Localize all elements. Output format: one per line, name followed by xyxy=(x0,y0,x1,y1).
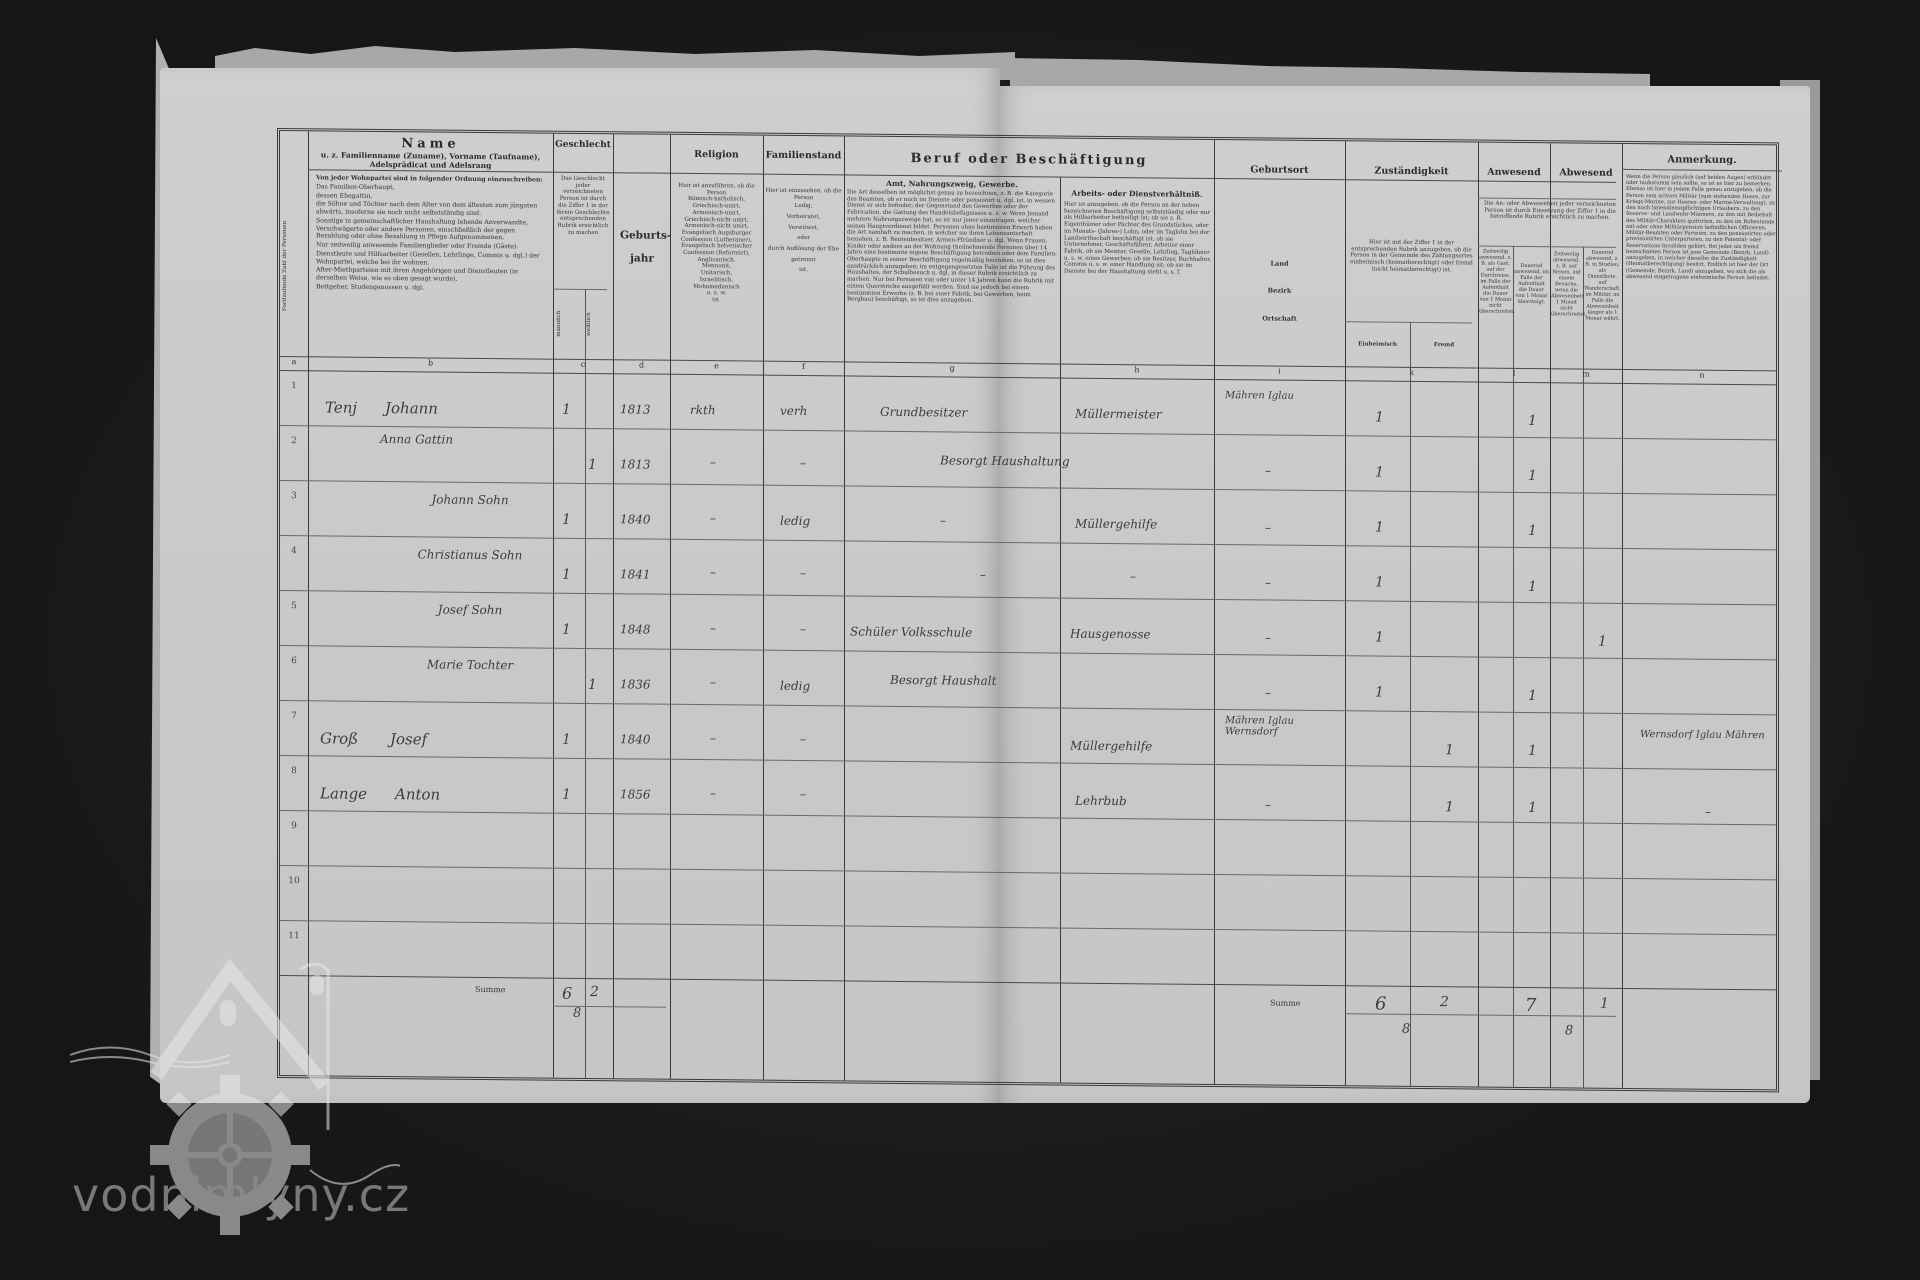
col-e-opt: Evangelisch helvetischer Confession (Ref… xyxy=(672,243,761,257)
col-i-subfields: Land Bezirk Ortschaft xyxy=(1214,250,1345,333)
col-e-title: Religion xyxy=(670,149,763,162)
col-k-native: Einheimisch xyxy=(1345,341,1410,348)
col-f-opt: Verwitwet, xyxy=(765,222,842,233)
row-number: 5 xyxy=(284,601,304,611)
entry-occupation: Besorgt Haushalt xyxy=(890,673,996,688)
entry-surname: Groß xyxy=(320,729,358,747)
col-divider-f xyxy=(844,136,845,1080)
total-absent-temporary: 1 xyxy=(1600,996,1609,1012)
presence-note-divider xyxy=(1478,246,1616,248)
entry-present-permanent: 1 xyxy=(1528,579,1537,595)
entry-present-permanent: 1 xyxy=(1528,743,1537,759)
entry-marital-status: ledig xyxy=(780,679,810,693)
col-m-letter: m xyxy=(1550,369,1622,379)
col-f-letter: f xyxy=(763,362,844,372)
entry-birth-year: 1840 xyxy=(620,512,651,526)
col-l-temp: Zeitweilig anwesend, z. B. als Gast, auf… xyxy=(1479,249,1512,315)
sex-sub-divider xyxy=(553,289,607,291)
total-presence-sum: 8 xyxy=(1565,1023,1573,1038)
col-b-instr-item: Bettgeher, Studengenossen u. dgl. xyxy=(316,283,545,293)
entry-present-permanent: 1 xyxy=(1528,523,1537,539)
col-f-title: Familienstand xyxy=(763,150,844,163)
entry-female: 1 xyxy=(588,677,597,693)
watermark-text: vodnimlyny.cz xyxy=(72,1168,410,1222)
entry-marital-status: – xyxy=(800,732,806,746)
entry-note: – xyxy=(1705,805,1711,819)
row-number: 7 xyxy=(284,711,304,721)
entry-religion: – xyxy=(710,786,716,800)
col-n-title: Anmerkung. xyxy=(1622,154,1782,171)
row-divider xyxy=(280,700,1776,715)
col-i-land: Land xyxy=(1214,250,1345,279)
entry-occupation: Schüler Volksschule xyxy=(850,625,972,640)
entry-marital-status: – xyxy=(800,787,806,801)
row-number: 8 xyxy=(284,766,304,776)
entry-marital-status: – xyxy=(800,622,806,636)
entry-given-name: Johann Sohn xyxy=(400,492,540,507)
entry-male: 1 xyxy=(562,787,571,803)
entry-birth-year: 1836 xyxy=(620,677,651,691)
row-number: 6 xyxy=(284,656,304,666)
entry-marital-status: – xyxy=(800,566,806,580)
col-f-content: Hier ist einzusehen, ob die Person Ledig… xyxy=(765,188,842,277)
col-f-opt: getrennt xyxy=(765,254,842,265)
col-b-instr-item: die Söhne und Töchter nach dem Alter von… xyxy=(316,201,545,219)
entry-birthplace: – xyxy=(1265,797,1271,811)
col-g-title: Beruf oder Beschäftigung xyxy=(844,150,1214,169)
col-h-letter: h xyxy=(1060,365,1214,375)
col-f-opt: Verheiratet, xyxy=(765,212,842,223)
col-c-title: Geschlecht xyxy=(553,140,613,152)
entry-religion: – xyxy=(710,675,716,689)
col-i-ortschaft: Ortschaft xyxy=(1214,305,1345,334)
row-number: 3 xyxy=(284,491,304,501)
col-divider-b xyxy=(553,134,554,1078)
col-divider-m xyxy=(1622,144,1623,1088)
totals-label-right: Summe xyxy=(1270,999,1301,1009)
entry-birth-year: 1841 xyxy=(620,567,651,581)
col-b-instructions: Von jeder Wohnpartei sind in folgender O… xyxy=(308,173,553,294)
entry-employment-relation: Hausgenosse xyxy=(1070,627,1151,642)
total-sex-sum: 8 xyxy=(573,1006,581,1021)
entry-present-permanent: 1 xyxy=(1528,688,1537,704)
entry-birthplace: – xyxy=(1265,630,1271,644)
census-form: Fortlaufende Zahl der Personen a Name u.… xyxy=(277,128,1779,1092)
row-number: 10 xyxy=(284,876,304,886)
col-e-intro: Hier ist anzuführen, ob die Person xyxy=(672,183,761,197)
col-g-subtitle: Amt, Nahrungszweig, Gewerbe. xyxy=(846,178,1058,189)
entry-birth-year: 1813 xyxy=(620,402,651,416)
col-c-note: Das Geschlecht jeder verzeichneten Perso… xyxy=(555,176,611,237)
row-divider xyxy=(280,920,1776,935)
entry-native: 1 xyxy=(1375,465,1384,481)
col-g-instructions: Die Art desselben ist möglichst genau zu… xyxy=(847,189,1057,305)
col-n-instructions: Wenn die Person gänzlich (auf beiden Aug… xyxy=(1626,174,1778,281)
entry-marital-status: verh xyxy=(780,404,807,418)
entry-given-name: Anton xyxy=(395,785,440,803)
col-i-letter: i xyxy=(1214,366,1345,376)
col-divider-i xyxy=(1345,141,1346,1085)
entry-employment-relation: Müllergehilfe xyxy=(1075,517,1157,532)
entry-employment-relation: Müllermeister xyxy=(1075,407,1162,422)
col-c-female: weiblich xyxy=(586,294,612,354)
col-h-subtitle: Arbeits- oder Dienstverhältniß. xyxy=(1062,189,1212,200)
col-b-header: Name u. z. Familienname (Zuname), Vornam… xyxy=(308,135,553,171)
entry-birth-year: 1848 xyxy=(620,622,651,636)
col-k-letter: k xyxy=(1345,367,1478,377)
col-e-outro: ist. xyxy=(672,297,761,305)
row-number: 4 xyxy=(284,546,304,556)
entry-note: Wernsdorf Iglau Mähren xyxy=(1640,729,1770,741)
col-d-letter: d xyxy=(613,360,670,370)
entry-present-permanent: 1 xyxy=(1528,413,1537,429)
zust-sub-divider xyxy=(1345,321,1472,323)
total-male: 6 xyxy=(562,984,572,1003)
entry-absent-temporary: 1 xyxy=(1598,634,1607,650)
col-f-outro: ist. xyxy=(765,265,842,276)
entry-birthplace: Mähren Iglau Wernsdorf xyxy=(1225,715,1335,738)
entry-birth-year: 1840 xyxy=(620,732,651,746)
entry-employment-relation: Müllergehilfe xyxy=(1070,739,1152,754)
col-b-subtitle: u. z. Familienname (Zuname), Vorname (Ta… xyxy=(308,150,553,171)
entry-religion: rkth xyxy=(690,403,716,417)
col-l-letter: l xyxy=(1478,369,1550,379)
col-c-letter: c xyxy=(553,360,613,370)
presence-title-divider xyxy=(1478,198,1616,200)
col-a-letter: a xyxy=(280,357,308,366)
entry-given-name: Christianus Sohn xyxy=(400,547,540,562)
col-b-instr-item: Dienstleute und Hilfsarbeiter (Gesellen,… xyxy=(316,250,545,268)
entry-surname: Lange xyxy=(320,784,367,802)
row-number: 1 xyxy=(284,381,304,391)
entry-marital-status: ledig xyxy=(780,514,810,528)
row-divider xyxy=(280,425,1776,440)
entry-birthplace: – xyxy=(1265,575,1271,589)
col-divider-e xyxy=(763,136,764,1080)
entry-occupation: – xyxy=(980,568,986,582)
entry-employment-relation: Lehrbub xyxy=(1075,794,1127,808)
row-divider xyxy=(280,755,1776,770)
col-l-perm: Dauernd anwesend, im Falle der Aufenthal… xyxy=(1514,263,1549,305)
entry-native: 1 xyxy=(1375,520,1384,536)
entry-present-permanent: 1 xyxy=(1528,468,1537,484)
col-divider-c xyxy=(613,134,614,1078)
col-divider-c-sub xyxy=(585,289,586,1078)
entry-male: 1 xyxy=(562,402,571,418)
entry-occupation: Grundbesitzer xyxy=(880,405,967,420)
entry-given-name: Anna Gattin xyxy=(380,432,453,447)
entry-male: 1 xyxy=(562,732,571,748)
entry-employment-relation: – xyxy=(1130,569,1136,583)
col-k-instructions: Hier ist mit der Ziffer 1 in der entspre… xyxy=(1348,239,1475,274)
col-d-title: Geburts-jahr xyxy=(620,224,664,271)
entry-given-name: Johann xyxy=(385,399,438,418)
entry-birthplace: – xyxy=(1265,685,1271,699)
entry-given-name: Marie Tochter xyxy=(400,657,540,672)
entry-male: 1 xyxy=(562,622,571,638)
col-f-opt: Ledig, xyxy=(765,201,842,212)
entry-occupation: Besorgt Haushaltung xyxy=(940,453,1070,468)
col-b-letter: b xyxy=(308,357,553,368)
entry-male: 1 xyxy=(562,567,571,583)
col-c-male: männlich xyxy=(556,294,584,354)
sex-total-underline xyxy=(553,1006,666,1008)
col-l-title: Anwesend xyxy=(1478,167,1550,180)
totals-label-left: Summe xyxy=(475,985,506,995)
entry-religion: – xyxy=(710,511,716,525)
col-e-letter: e xyxy=(670,361,763,371)
row-number: 11 xyxy=(284,931,304,941)
total-foreign: 2 xyxy=(1440,994,1449,1010)
entry-religion: – xyxy=(710,731,716,745)
col-f-opt: oder xyxy=(765,233,842,244)
col-b-instr-item: Sonstige in gemeinschaftlicher Haushaltu… xyxy=(316,217,545,242)
entry-native: 1 xyxy=(1375,575,1384,591)
col-divider-g xyxy=(1060,177,1061,1083)
total-native: 6 xyxy=(1375,994,1386,1015)
total-female: 2 xyxy=(590,984,599,1000)
entry-given-name: Josef xyxy=(390,730,427,748)
entry-birth-year: 1813 xyxy=(620,457,651,471)
entry-birthplace: – xyxy=(1265,520,1271,534)
col-m-temp: Zeitweilig abwesend, z. B. auf Reisen, a… xyxy=(1551,251,1582,317)
entry-native: 1 xyxy=(1375,410,1384,426)
col-k-title: Zuständigkeit xyxy=(1345,165,1478,178)
col-i-title: Geburtsort xyxy=(1214,164,1345,177)
col-m-perm: Dauernd abwesend, z. B. in Studien, als … xyxy=(1584,250,1621,322)
col-a-header: Fortlaufende Zahl der Personen xyxy=(282,191,306,341)
entry-female: 1 xyxy=(588,457,597,473)
presence-shared-note: Die An- oder Abwesenheit jeder verzeichn… xyxy=(1480,201,1620,222)
col-n-letter: n xyxy=(1622,370,1782,381)
col-b-instr-item: After-Miethparteien mit ihren Angehörige… xyxy=(316,267,545,285)
entry-religion: – xyxy=(710,565,716,579)
col-i-bezirk: Bezirk xyxy=(1214,277,1345,306)
row-divider xyxy=(280,810,1776,825)
col-divider-d xyxy=(670,135,671,1079)
entry-birthplace: – xyxy=(1265,463,1271,477)
col-e-opt: Evangelisch Augsburger Confession (Luthe… xyxy=(672,230,761,244)
col-k-foreign: Fremd xyxy=(1410,342,1478,349)
total-zust-sum: 8 xyxy=(1402,1022,1410,1037)
entry-birth-year: 1856 xyxy=(620,787,651,801)
entry-present-permanent: 1 xyxy=(1528,800,1537,816)
total-present-permanent: 7 xyxy=(1525,995,1536,1016)
col-f-opt: durch Auflösung der Ehe xyxy=(765,244,842,255)
col-f-intro: Hier ist einzusehen, ob die Person xyxy=(765,188,842,202)
entry-male: 1 xyxy=(562,512,571,528)
entry-occupation: – xyxy=(940,513,946,527)
col-h-instructions: Hier ist anzugeben, ob die Person an der… xyxy=(1064,202,1212,277)
entry-native: 1 xyxy=(1375,685,1384,701)
row-number: 9 xyxy=(284,821,304,831)
entry-given-name: Josef Sohn xyxy=(400,602,540,617)
col-m-title: Abwesend xyxy=(1550,167,1622,180)
row-number: 2 xyxy=(284,436,304,446)
col-g-letter: g xyxy=(844,362,1060,373)
entry-birthplace: Mähren Iglau xyxy=(1225,390,1335,402)
row-divider xyxy=(280,865,1776,880)
entry-religion: – xyxy=(710,621,716,635)
entry-religion: – xyxy=(710,455,716,469)
entry-marital-status: – xyxy=(800,456,806,470)
entry-foreign: 1 xyxy=(1445,742,1454,758)
entry-foreign: 1 xyxy=(1445,799,1454,815)
entry-surname: Tenj xyxy=(325,398,357,416)
col-e-content: Hier ist anzuführen, ob die Person Römis… xyxy=(672,183,761,305)
entry-native: 1 xyxy=(1375,630,1384,646)
